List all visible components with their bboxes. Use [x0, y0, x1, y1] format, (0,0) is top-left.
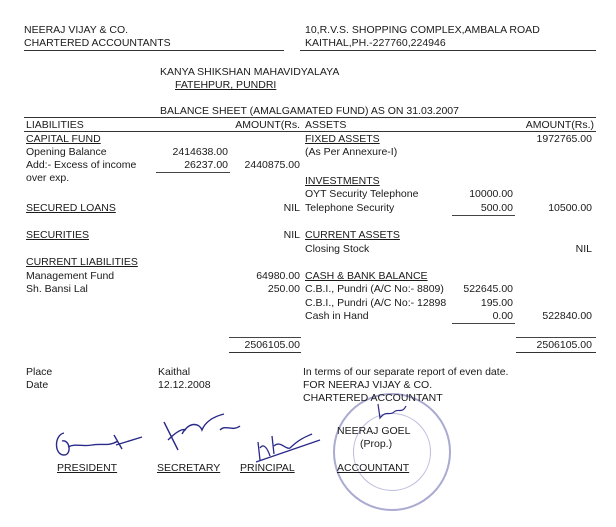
current-liability-value: 64980.00: [230, 270, 300, 282]
excess-income-value: 26237.00: [150, 159, 228, 171]
investments-heading: INVESTMENTS: [305, 175, 380, 187]
current-liability-label: Sh. Bansi Lal: [26, 283, 88, 295]
assets-total-top-rule: [516, 337, 596, 338]
opening-balance-value: 2414638.00: [150, 146, 228, 158]
secretary-signature: [160, 410, 250, 460]
entity-name: KANYA SHIKSHAN MAHAVIDYALAYA: [160, 66, 339, 78]
opening-balance-label: Opening Balance: [26, 146, 107, 158]
excess-income-label-cont: over exp.: [26, 172, 69, 184]
header-liabilities: LIABILITIES: [26, 119, 84, 131]
investment-label: OYT Security Telephone: [305, 188, 418, 200]
investments-total: 10500.00: [520, 202, 592, 214]
investment-label: Telephone Security: [305, 202, 394, 214]
secretary-label: SECRETARY: [157, 462, 220, 474]
secured-loans-value: NIL: [230, 202, 300, 214]
capital-fund-heading: CAPITAL FUND: [26, 133, 101, 145]
cash-bank-label: Cash in Hand: [305, 310, 369, 322]
excess-income-label: Add:- Excess of income: [26, 159, 136, 171]
header-assets: ASSETS: [305, 119, 346, 131]
cash-bank-label: C.B.I., Pundri (A/C No:- 12898: [305, 297, 455, 309]
entity-location: FATEHPUR, PUNDRI: [175, 79, 276, 91]
investment-value: 500.00: [440, 202, 513, 214]
partner-signature: [372, 400, 412, 424]
fixed-assets-note: (As Per Annexure-I): [305, 146, 397, 158]
firm-address-line2: KAITHAL,PH.-227760,224946: [305, 37, 446, 49]
securities-heading: SECURITIES: [26, 229, 89, 241]
document-title: BALANCE SHEET (AMALGAMATED FUND) AS ON 3…: [160, 105, 459, 117]
liabilities-total-bottom-rule: [229, 352, 301, 353]
investments-underline: [452, 215, 515, 216]
place-value: Kaithal: [158, 366, 190, 378]
firm-address-line1: 10,R.V.S. SHOPPING COMPLEX,AMBALA ROAD: [305, 24, 540, 36]
current-liabilities-heading: CURRENT LIABILITIES: [26, 256, 138, 268]
cash-bank-value: 0.00: [440, 310, 513, 322]
current-assets-heading: CURRENT ASSETS: [305, 229, 400, 241]
current-asset-value: NIL: [520, 243, 592, 255]
header-top-rule: [24, 117, 596, 118]
principal-label: PRINCIPAL: [240, 462, 295, 474]
liabilities-total-top-rule: [229, 337, 301, 338]
cash-bank-value: 195.00: [440, 297, 513, 309]
assets-total-bottom-rule: [516, 352, 596, 353]
investment-value: 10000.00: [440, 188, 513, 200]
current-liability-label: Management Fund: [26, 270, 114, 282]
securities-value: NIL: [230, 229, 300, 241]
current-liability-value: 250.00: [230, 283, 300, 295]
capital-fund-total: 2440875.00: [230, 159, 300, 171]
fixed-assets-heading: FIXED ASSETS: [305, 133, 380, 145]
report-note: In terms of our separate report of even …: [303, 366, 508, 378]
secured-loans-heading: SECURED LOANS: [26, 202, 116, 214]
letterhead-divider-right: [300, 50, 596, 51]
letterhead-divider-left: [24, 50, 284, 51]
excess-underline: [156, 172, 230, 173]
cash-bank-total: 522840.00: [520, 310, 592, 322]
fixed-assets-total: 1972765.00: [500, 133, 592, 145]
firm-name: NEERAJ VIJAY & CO.: [24, 24, 128, 36]
liabilities-grand-total: 2506105.00: [230, 339, 300, 351]
place-label: Place: [26, 366, 52, 378]
header-amount-left: AMOUNT(Rs.: [200, 119, 300, 131]
partner-role: (Prop.): [360, 438, 392, 450]
partner-name: NEERAJ GOEL: [337, 425, 411, 437]
date-label: Date: [26, 379, 48, 391]
cash-bank-underline: [452, 323, 515, 324]
current-asset-label: Closing Stock: [305, 243, 369, 255]
accountant-label: ACCOUNTANT: [337, 462, 409, 474]
cash-bank-heading: CASH & BANK BALANCE: [305, 270, 428, 282]
president-label: PRESIDENT: [57, 462, 117, 474]
header-bottom-rule: [24, 131, 596, 132]
date-value: 12.12.2008: [158, 379, 211, 391]
header-amount-right: AMOUNT(Rs.): [490, 119, 594, 131]
president-signature: [52, 425, 152, 465]
assets-grand-total: 2506105.00: [520, 339, 592, 351]
cash-bank-label: C.B.I., Pundri (A/C No:- 8809): [305, 283, 455, 295]
cash-bank-value: 522645.00: [440, 283, 513, 295]
for-firm: FOR NEERAJ VIJAY & CO.: [303, 379, 432, 391]
firm-designation: CHARTERED ACCOUNTANTS: [24, 37, 171, 49]
